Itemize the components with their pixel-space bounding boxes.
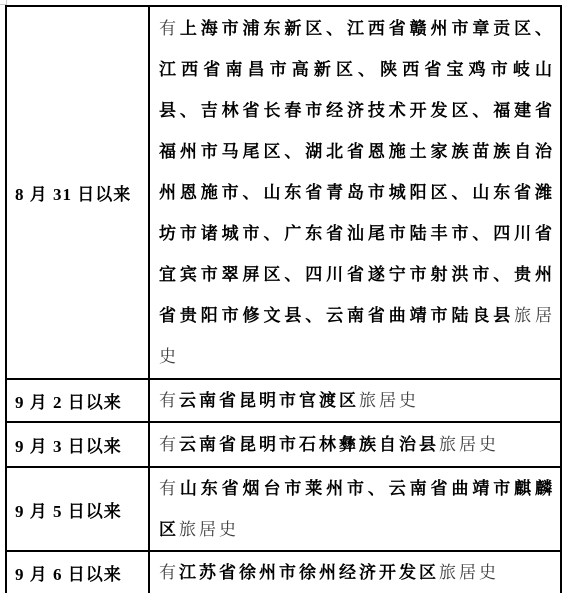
history-suffix: 旅居史 [359, 391, 419, 410]
history-suffix: 旅居史 [179, 520, 239, 539]
history-prefix: 有 [159, 563, 179, 582]
history-prefix: 有 [159, 19, 180, 38]
history-prefix: 有 [159, 479, 180, 498]
history-cell: 有山东省烟台市莱州市、云南省曲靖市麒麟区旅居史 [149, 467, 561, 551]
date-cell: 9 月 2 日以来 [6, 379, 149, 422]
date-cell: 8 月 31 日以来 [6, 6, 149, 379]
history-locations: 上海市浦东新区、江西省赣州市章贡区、江西省南昌市高新区、陕西省宝鸡市岐山县、吉林… [159, 19, 555, 325]
history-locations: 云南省昆明市石林彝族自治县 [179, 435, 439, 454]
date-cell: 9 月 3 日以来 [6, 422, 149, 467]
history-cell: 有云南省昆明市石林彝族自治县旅居史 [149, 422, 561, 467]
history-cell: 有云南省昆明市官渡区旅居史 [149, 379, 561, 422]
date-label: 9 月 6 日以来 [15, 565, 122, 584]
history-suffix: 旅居史 [439, 435, 499, 454]
history-cell: 有上海市浦东新区、江西省赣州市章贡区、江西省南昌市高新区、陕西省宝鸡市岐山县、吉… [149, 6, 561, 379]
date-label: 9 月 3 日以来 [15, 437, 122, 456]
history-locations: 江苏省徐州市徐州经济开发区 [179, 563, 439, 582]
table-row: 8 月 31 日以来 有上海市浦东新区、江西省赣州市章贡区、江西省南昌市高新区、… [6, 6, 561, 379]
date-label: 9 月 5 日以来 [15, 502, 122, 521]
table-row: 9 月 3 日以来 有云南省昆明市石林彝族自治县旅居史 [6, 422, 561, 467]
history-locations: 云南省昆明市官渡区 [179, 391, 359, 410]
table-row: 9 月 6 日以来 有江苏省徐州市徐州经济开发区旅居史 [6, 551, 561, 593]
date-label: 8 月 31 日以来 [15, 185, 131, 204]
history-prefix: 有 [159, 435, 179, 454]
history-suffix: 旅居史 [439, 563, 499, 582]
date-label: 9 月 2 日以来 [15, 393, 122, 412]
document-page: 8 月 31 日以来 有上海市浦东新区、江西省赣州市章贡区、江西省南昌市高新区、… [0, 0, 571, 593]
table-row: 9 月 2 日以来 有云南省昆明市官渡区旅居史 [6, 379, 561, 422]
history-cell: 有江苏省徐州市徐州经济开发区旅居史 [149, 551, 561, 593]
history-prefix: 有 [159, 391, 179, 410]
travel-history-table-body: 8 月 31 日以来 有上海市浦东新区、江西省赣州市章贡区、江西省南昌市高新区、… [6, 6, 561, 593]
date-cell: 9 月 5 日以来 [6, 467, 149, 551]
travel-history-table: 8 月 31 日以来 有上海市浦东新区、江西省赣州市章贡区、江西省南昌市高新区、… [5, 5, 562, 593]
date-cell: 9 月 6 日以来 [6, 551, 149, 593]
table-row: 9 月 5 日以来 有山东省烟台市莱州市、云南省曲靖市麒麟区旅居史 [6, 467, 561, 551]
